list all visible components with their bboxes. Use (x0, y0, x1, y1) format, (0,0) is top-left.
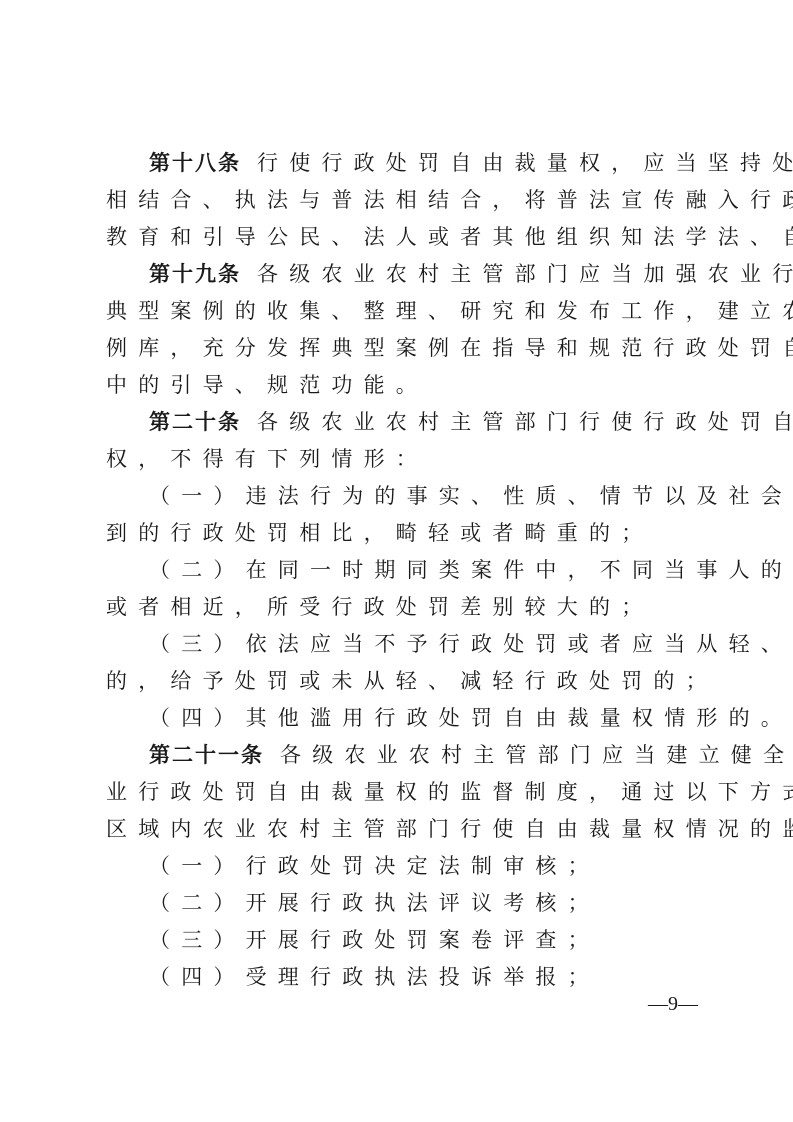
article-20-item-3-line-2: 的，给予处罚或未从轻、减轻行政处罚的； (106, 663, 692, 700)
article-21-line-3: 区域内农业农村主管部门行使自由裁量权情况的监督： (106, 811, 692, 848)
article-21-line-2: 业行政处罚自由裁量权的监督制度，通过以下方式加强对本行政 (106, 774, 692, 811)
article-18-line-3: 教育和引导公民、法人或者其他组织知法学法、自觉守法。 (106, 219, 692, 256)
article-19-line-4: 中的引导、规范功能。 (106, 367, 692, 404)
article-20-line-1: 第二十条各级农业农村主管部门行使行政处罚自由裁量 (106, 404, 692, 441)
article-19-line-1: 第十九条各级农业农村主管部门应当加强农业行政执法 (106, 256, 692, 293)
article-20-item-2-line-1: （二）在同一时期同类案件中，不同当事人的违法行为相同 (106, 552, 692, 589)
article-20-item-1-line-1: （一）违法行为的事实、性质、情节以及社会危害程度与受 (106, 478, 692, 515)
article-19-line-2: 典型案例的收集、整理、研究和发布工作，建立农业行政执法案 (106, 293, 692, 330)
article-19-title: 第十九条 (149, 262, 241, 286)
page-number: —9— (648, 993, 698, 1016)
article-20-text-1: 各级农业农村主管部门行使行政处罚自由裁量 (257, 410, 793, 434)
article-18-title: 第十八条 (149, 151, 241, 175)
article-19-text-1: 各级农业农村主管部门应当加强农业行政执法 (257, 262, 793, 286)
article-19-line-3: 例库，充分发挥典型案例在指导和规范行政处罚自由裁量权工作 (106, 330, 692, 367)
article-18-line-1: 第十八条行使行政处罚自由裁量权，应当坚持处罚与教育 (106, 145, 692, 182)
article-20-item-1-line-2: 到的行政处罚相比，畸轻或者畸重的； (106, 515, 692, 552)
article-21-item-2: （二）开展行政执法评议考核； (106, 885, 692, 922)
article-21-item-1: （一）行政处罚决定法制审核； (106, 848, 692, 885)
article-20-item-3-line-1: （三）依法应当不予行政处罚或者应当从轻、减轻行政处罚 (106, 626, 692, 663)
article-21-line-1: 第二十一条各级农业农村主管部门应当建立健全规范农 (106, 737, 692, 774)
article-20-line-2: 权，不得有下列情形： (106, 441, 692, 478)
article-21-text-1: 各级农业农村主管部门应当建立健全规范农 (280, 743, 793, 767)
article-20-item-4-line-1: （四）其他滥用行政处罚自由裁量权情形的。 (106, 700, 692, 737)
article-18-text-1: 行使行政处罚自由裁量权，应当坚持处罚与教育 (257, 151, 793, 175)
article-20-item-2-line-2: 或者相近，所受行政处罚差别较大的； (106, 589, 692, 626)
article-21-title: 第二十一条 (149, 743, 264, 767)
article-21-item-3: （三）开展行政处罚案卷评查； (106, 922, 692, 959)
article-20-title: 第二十条 (149, 410, 241, 434)
document-page: 第十八条行使行政处罚自由裁量权，应当坚持处罚与教育 相结合、执法与普法相结合，将… (106, 145, 692, 996)
article-21-item-4: （四）受理行政执法投诉举报； (106, 959, 692, 996)
article-18-line-2: 相结合、执法与普法相结合，将普法宣传融入行政执法全过程， (106, 182, 692, 219)
